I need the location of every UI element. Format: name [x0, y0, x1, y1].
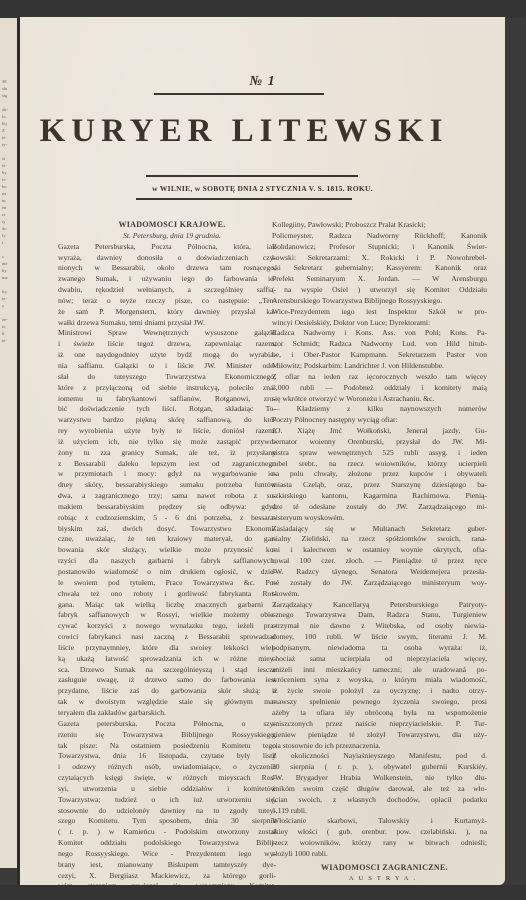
text-line: nistra spraw wewnętrznych 525 rubli assy…	[272, 448, 487, 459]
text-line: gana. Maiąc tak wielką liczbę znacznych …	[58, 600, 276, 611]
text-line: dney skóry, bessarabiyskiego sumaku potr…	[58, 480, 276, 491]
subheading-austria: AUSTRYA.	[272, 874, 487, 885]
text-line: postanowiło wiadomość o nim drukiem ogło…	[58, 567, 276, 578]
text-line: zasługuie uwagę, iż drzewo samo do farbo…	[58, 675, 276, 686]
text-line: zwanego Sumak, i używaniu iego do farbow…	[58, 274, 276, 285]
text-line: czne, uważaiąc, że ten kraiowy materyał,…	[58, 534, 276, 545]
text-line: ażeby ta ofiara iéy obróconą była na wsp…	[272, 708, 487, 719]
text-line: nego Rossyyskiego. Wice - Prezydentem ie…	[58, 849, 276, 860]
text-line: rzeniu się Towarzystwa Biblijnego Rossyy…	[58, 730, 276, 741]
text-line: otrzymał nie dawno z Witebska, od osoby …	[272, 621, 487, 632]
text-line: kowski: Sekretarzami: X. Rokicki i P. No…	[272, 253, 487, 264]
text-line: skiey włości ( gub. orenbur. pow. czelab…	[272, 827, 487, 838]
dateline-petersburg: St. Petersburg, dnia 19 grudnia.	[58, 231, 276, 242]
text-line: rował 100 czer. złoch. — Pieniądze té pr…	[272, 556, 487, 567]
rule-under-number	[154, 93, 324, 95]
section-heading-domestic: WIADOMOSCI KRAJOWE.	[58, 220, 276, 231]
section-heading-foreign: WIADOMOSCI ZAGRANICZNE.	[272, 863, 487, 874]
text-line: teryałem dla zakładów garbarskich.	[58, 708, 276, 719]
newspaper-page: № 1 KURYER LITEWSKI w WILNIE, w SOBOTĘ D…	[20, 17, 505, 885]
text-line: z Bessarabii daleko lepszym iest od zagr…	[58, 459, 276, 470]
text-line: 30 sierpnia ( r. p. ), obywatel gubernii…	[272, 762, 487, 773]
text-line: które z przyłączoną od siebie instrukcyą…	[58, 383, 276, 394]
text-line: nionych w Bessarabii, około drzewa tam r…	[58, 263, 276, 274]
text-line: skowém.	[272, 589, 487, 600]
text-line: dwa, a zagranicznego trzy; sama nawet ro…	[58, 491, 276, 502]
text-line: wałki drzewa Sumaku, temi dniami przysła…	[58, 318, 276, 329]
text-line: iż one naydogodniey użyte bydź mogą do w…	[58, 350, 276, 361]
text-line: domey, 100 rubli. W liście swym, literam…	[272, 632, 487, 643]
text-line: Bohdanowicz; Profesor Stupnicki; i Kanon…	[272, 242, 487, 253]
text-line: że sam P. Morgenstern, który dawniey prz…	[58, 307, 276, 318]
text-line: JW. Brygadyer Hrabia Wolkenstein, nie ty…	[272, 773, 487, 784]
previous-page-text: 38 słu się uk- lo. bij Z ie- ty- st ie- …	[0, 18, 17, 344]
text-line: — Kładziemy z kilku naynowszych numerów	[272, 404, 487, 415]
background-top	[0, 0, 526, 18]
text-line: czytaiących księgi święte, w różnych mie…	[58, 773, 276, 784]
text-line: i odezwy różnych osób, uwiadomiaiące, o …	[58, 762, 276, 773]
text-line: Towarzystwa, dnia 16 listopada, czytane …	[58, 751, 276, 762]
text-line: chwała też ono roboty i gorliwość fabryk…	[58, 589, 276, 600]
text-line: bernator woienny Orenburski, przysłał do…	[272, 437, 487, 448]
text-line: cowici fabrykanci nasi zaczną z Bessarab…	[58, 632, 276, 643]
text-line: wyraża, dawniey donosiła o doświadczenia…	[58, 253, 276, 264]
text-line: Komitet oddziału podolskiego Towarzystwa…	[58, 838, 276, 849]
text-line: liście przynaymniey, które dla swoiey le…	[58, 643, 276, 654]
text-line: ( na wyspie Osiel ) utworzył się Komitet…	[272, 285, 487, 296]
text-line: miasta Czeląb, oraz, przez Starszynę dzi…	[272, 480, 487, 491]
text-line: iomemu tu fabrykantowi saffianów, Rotgan…	[58, 394, 276, 405]
text-line: robiąc z cudzoziemskim, 5 - 6 dni potrze…	[58, 513, 276, 524]
text-line: Gazeta Petersburska, Poczta Północna, kt…	[58, 242, 276, 253]
text-line: wróceniem syna z woyska, o którym miała …	[272, 675, 487, 686]
text-line: né zostały do JW. Zarządzaiącego ministe…	[272, 578, 487, 589]
text-line: iż użyciem ich, nie tylko się może zastą…	[58, 437, 276, 448]
right-column: Kollegiiny, Pawłowski; Proboszcz Prałat …	[272, 220, 487, 900]
text-line: iż życie swoie położył za oyczyznę; i na…	[272, 686, 487, 697]
text-line: Towarzystwa; tudzież o ich iuż utworzeni…	[58, 795, 276, 806]
text-line: rubel srebr., na rzecz woiowników, którz…	[272, 459, 487, 470]
text-line: cywać korzyści z nowego wynalazku tego, …	[58, 621, 276, 632]
text-line: ką ukażą łatwość sprowadzania ich w różn…	[58, 654, 276, 665]
text-line: sca. Drzewo Sumak na szczególnieyszą i s…	[58, 665, 276, 676]
text-line: Policmeyster, Radzca Nadworny Rückhoff; …	[272, 231, 487, 242]
text-line: nialny Zieliński, na rzecz spółziomków s…	[272, 534, 487, 545]
text-line: gieniew pieniądze té złożył Towarzystwu,…	[272, 730, 487, 741]
text-line: mi i kalectwem w ostatniey woynie okryty…	[272, 545, 487, 556]
previous-page-edge: 38 słu się uk- lo. bij Z ie- ty- st ie- …	[0, 18, 17, 868]
text-line: nia saffianu. Gałązki te i liście JW. Mi…	[58, 361, 276, 372]
text-line: Poczty Północney następny wyciąg ofiar:	[272, 415, 487, 426]
text-line: 2,000 rubli — Podobneż oddziały i komite…	[272, 383, 487, 394]
text-line: makiem bessarabiyskim prędzey się odbywa…	[58, 502, 276, 513]
text-line: mawszy spełnienie pewnego życzenia swoie…	[272, 697, 487, 708]
text-line: Prefekt Seminaryum X. Jordan. — W Arensb…	[272, 274, 487, 285]
text-line: na polu chwały, złożone przez kupców i o…	[272, 469, 487, 480]
text-line: Z okoliczności Nayiaśnieyszego Manifestu…	[272, 751, 487, 762]
text-line: stosownie do udzielonéy dawniey na to zg…	[58, 806, 276, 817]
text-line: w przymiotach i mocy: gdyż na wygarbowan…	[58, 469, 276, 480]
text-line: ( r. p. ) w Kamieńcu - Podolskim otworzo…	[58, 827, 276, 838]
text-line: nów; teraz o teyże rzeczy pisze, co nast…	[58, 296, 276, 307]
text-line: szkirskiego kantonu, Kagarmina Rachimowa…	[272, 491, 487, 502]
text-line: be, i Ober-Pastor Kampmann. Sekretarzem …	[272, 350, 487, 361]
text-line: ski Sekretarz gubernialny; Kassyerem: Ka…	[272, 263, 487, 274]
text-line: przydatne, liście zaś do garbowania skór…	[58, 686, 276, 697]
text-line: brany iest, mianowany Biskupem tamteyszé…	[58, 860, 276, 871]
text-line: Radzca Nadworny i Kons. Ass. von Pohl; K…	[272, 328, 487, 339]
text-line: bić doświadczenie tych liści. Rotgan, sk…	[58, 404, 276, 415]
text-line: Arensburskiego Towarzystwa Biblijnego Ro…	[272, 296, 487, 307]
text-line: żony tu zza granicy Sumak, ale też, iż p…	[58, 448, 276, 459]
rule-below-dateline	[136, 198, 352, 200]
text-line: syi, utworzenia u siebie oddziałów i kom…	[58, 784, 276, 795]
text-line: bowania skór służący, wielkie może przyn…	[58, 545, 276, 556]
text-line: Kollegiiny, Pawłowski; Proboszcz Prałat …	[272, 220, 487, 231]
text-line: zniszczonych przez naiście nieprzyiaciel…	[272, 719, 487, 730]
text-line: Gazeta petersburska, Poczta Północna, o …	[58, 719, 276, 730]
text-line: Z ofiar na ieden raz ięcorocznych weszło…	[272, 372, 487, 383]
text-line: 1,119 rubli.	[272, 806, 487, 817]
text-line: podpisanym, niewiadoma ta osoba wyraża: …	[272, 643, 487, 654]
background-bottom	[0, 885, 526, 900]
text-line: Zarządzaiący Kancellaryą Petersburskiego…	[272, 600, 487, 611]
text-line: aniżeli inni mieszkańcy tameczni; ale ur…	[272, 665, 487, 676]
text-line: się wkrótce otworzyć w Woroneżu i Astrac…	[272, 394, 487, 405]
text-line: rzyści dla naszych garbarni i fabryk saf…	[58, 556, 276, 567]
text-line: tak w dwoistym względzie staie się główn…	[58, 697, 276, 708]
text-line: cia stosownie do ich przeznaczenia.	[272, 741, 487, 752]
text-line: rzecz woiowników, którzy rany w bitwach …	[272, 838, 487, 849]
rule-above-dateline	[146, 175, 358, 177]
text-line: warzystwu bardzo piękną skórę saffianową…	[58, 415, 276, 426]
text-line: le swoiem pod tytułem, Prace Towarzystwa…	[58, 578, 276, 589]
text-line: JO. Xiążę Jmć Wołkoński, Jenerał jazdy, …	[272, 426, 487, 437]
text-line: Wice-Prezydentem iego iest Inspektor Szk…	[272, 307, 487, 318]
text-line: cezyi, X. Bergiiasz Mackiewicz, za które…	[58, 871, 276, 882]
text-line: tak pisze: Na ostatniem posiedzeniu Komi…	[58, 741, 276, 752]
left-column: WIADOMOSCI KRAJOWE. St. Petersburg, dnia…	[58, 220, 276, 900]
text-line: nisteryum woyskowém.	[272, 513, 487, 524]
newspaper-title: KURYER LITEWSKI	[24, 113, 464, 150]
text-line: żnikóm swoim część długów darował, ale t…	[272, 784, 487, 795]
text-line: złożyli 1000 rubli.	[272, 849, 487, 860]
text-line: biyskim zaś, dwóch dosyć. Towarzystwo Ek…	[58, 524, 276, 535]
text-line: dwabiu, rękodzieł wełnianych, a szczegól…	[58, 285, 276, 296]
text-line: JW. Radzcy táynego, Senatora Weidemejera…	[272, 567, 487, 578]
text-line: ścian swoich, z własnych dochodów, opłac…	[272, 795, 487, 806]
text-line: dze té odesłane zostały do JW. Zarządzai…	[272, 502, 487, 513]
text-line: Ministrowi Spraw Wewnętrznych wysuszone …	[58, 328, 276, 339]
text-line: fabryk saffianowych w Rossyi, wielkie mo…	[58, 610, 276, 621]
text-line: cznego Towarzystwa Dam, Radzca Stanu, Tu…	[272, 610, 487, 621]
text-line: wincyi Oesielskiéy, Doktor von Luce; Dyr…	[272, 318, 487, 329]
text-line: Włościanie skarbowi, Tałowskiy i Kurtamy…	[272, 816, 487, 827]
text-line: Miłowitz; Podskarbim: Landrichter J. von…	[272, 361, 487, 372]
issue-number: № 1	[20, 74, 505, 90]
text-line: i świeże liście tegoż drzewa, zapewniaią…	[58, 339, 276, 350]
text-line: stor Schmidt; Radzca Nadworny Lud. von H…	[272, 339, 487, 350]
text-line: Zasiadaiący się w Multanach Sekretarz gu…	[272, 524, 487, 535]
text-line: rey wyrobienia użyte były te liście, don…	[58, 426, 276, 437]
text-line: słał do tuteyszego Towarzystwa Ekonomicz…	[58, 372, 276, 383]
text-line: chociaż sama ucierpiała od nieprzyiaciel…	[272, 654, 487, 665]
dateline: w WILNIE, w SOBOTĘ DNIA 2 STYCZNIA V. S.…	[20, 184, 505, 193]
text-line: szego Komitetu. Tym sposobem, dnia 30 si…	[58, 816, 276, 827]
